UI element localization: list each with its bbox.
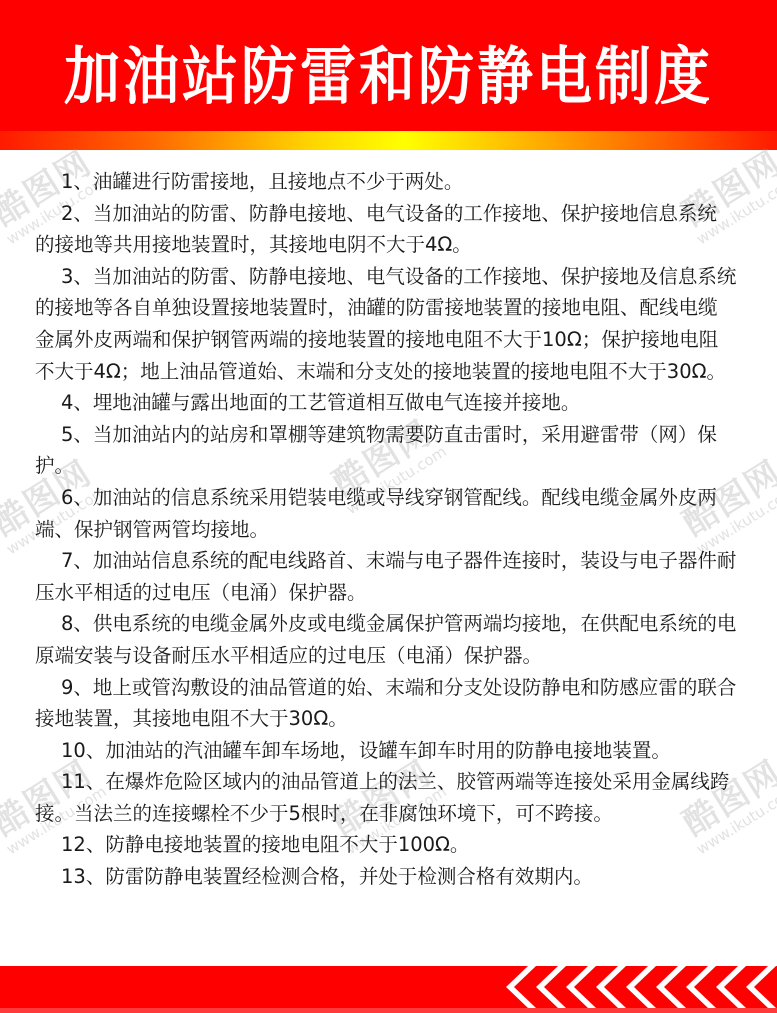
footer-edge bbox=[0, 1008, 777, 1013]
rule-10: 10、加油站的汽油罐车卸车场地，设罐车卸车时用的防静电接地装置。 bbox=[35, 735, 747, 767]
rule-12: 12、防静电接地装置的接地电阻不大于100Ω。 bbox=[35, 829, 747, 861]
rule-line: 13、防雷防静电装置经检测合格，并处于检测合格有效期内。 bbox=[35, 861, 747, 893]
rule-line: 4、埋地油罐与露出地面的工艺管道相互做电气连接并接地。 bbox=[35, 387, 747, 419]
rule-line: 端、保护钢管两管均接地。 bbox=[35, 514, 747, 546]
rule-line: 2、当加油站的防雷、防静电接地、电气设备的工作接地、保护接地信息系统 bbox=[35, 198, 747, 230]
rule-line: 1、油罐进行防雷接地，且接地点不少于两处。 bbox=[35, 166, 747, 198]
gradient-divider bbox=[0, 131, 777, 150]
rule-line: 7、加油站信息系统的配电线路首、末端与电子器件连接时，装设与电子器件耐 bbox=[35, 545, 747, 577]
rule-5: 5、当加油站内的站房和罩棚等建筑物需要防直击雷时，采用避雷带（网）保 护。 bbox=[35, 419, 747, 482]
rule-line: 11、在爆炸危险区域内的油品管道上的法兰、胶管两端等连接处采用金属线跨 bbox=[35, 766, 747, 798]
rule-line: 压水平相适的过电压（电涌）保护器。 bbox=[35, 577, 747, 609]
rule-line: 的接地等各自单独设置接地装置时，油罐的防雷接地装置的接地电阻、配线电缆 bbox=[35, 292, 747, 324]
rule-line: 接。当法兰的连接螺栓不少于5根时，在非腐蚀环境下，可不跨接。 bbox=[35, 798, 747, 830]
rule-4: 4、埋地油罐与露出地面的工艺管道相互做电气连接并接地。 bbox=[35, 387, 747, 419]
rule-line: 3、当加油站的防雷、防静电接地、电气设备的工作接地、保护接地及信息系统 bbox=[35, 261, 747, 293]
rule-2: 2、当加油站的防雷、防静电接地、电气设备的工作接地、保护接地信息系统 的接地等共… bbox=[35, 198, 747, 261]
rule-3: 3、当加油站的防雷、防静电接地、电气设备的工作接地、保护接地及信息系统 的接地等… bbox=[35, 261, 747, 387]
rule-11: 11、在爆炸危险区域内的油品管道上的法兰、胶管两端等连接处采用金属线跨 接。当法… bbox=[35, 766, 747, 829]
rule-7: 7、加油站信息系统的配电线路首、末端与电子器件连接时，装设与电子器件耐 压水平相… bbox=[35, 545, 747, 608]
rule-line: 10、加油站的汽油罐车卸车场地，设罐车卸车时用的防静电接地装置。 bbox=[35, 735, 747, 767]
rule-line: 接地装置，其接地电阻不大于30Ω。 bbox=[35, 703, 747, 735]
rule-line: 8、供电系统的电缆金属外皮或电缆金属保护管两端均接地，在供配电系统的电 bbox=[35, 608, 747, 640]
rule-1: 1、油罐进行防雷接地，且接地点不少于两处。 bbox=[35, 166, 747, 198]
rule-6: 6、加油站的信息系统采用铠装电缆或导线穿钢管配线。配线电缆金属外皮两 端、保护钢… bbox=[35, 482, 747, 545]
rule-line: 原端安装与设备耐压水平相适应的过电压（电涌）保护器。 bbox=[35, 640, 747, 672]
rule-line: 5、当加油站内的站房和罩棚等建筑物需要防直击雷时，采用避雷带（网）保 bbox=[35, 419, 747, 451]
rule-line: 12、防静电接地装置的接地电阻不大于100Ω。 bbox=[35, 829, 747, 861]
page-title: 加油站防雷和防静电制度 bbox=[0, 33, 777, 123]
rules-list: 1、油罐进行防雷接地，且接地点不少于两处。 2、当加油站的防雷、防静电接地、电气… bbox=[35, 166, 747, 893]
rule-line: 的接地等共用接地装置时，其接地电阴不大于4Ω。 bbox=[35, 229, 747, 261]
rule-line: 6、加油站的信息系统采用铠装电缆或导线穿钢管配线。配线电缆金属外皮两 bbox=[35, 482, 747, 514]
rule-9: 9、地上或管沟敷设的油品管道的始、末端和分支处设防静电和防感应雷的联合 接地装置… bbox=[35, 672, 747, 735]
rule-8: 8、供电系统的电缆金属外皮或电缆金属保护管两端均接地，在供配电系统的电 原端安装… bbox=[35, 608, 747, 671]
rule-line: 护。 bbox=[35, 450, 747, 482]
rule-line: 9、地上或管沟敷设的油品管道的始、末端和分支处设防静电和防感应雷的联合 bbox=[35, 672, 747, 704]
rule-13: 13、防雷防静电装置经检测合格，并处于检测合格有效期内。 bbox=[35, 861, 747, 893]
rule-line: 金属外皮两端和保护钢管两端的接地装置的接地电阻不大于10Ω；保护接地电阻 bbox=[35, 324, 747, 356]
chevron-left-icon bbox=[500, 966, 777, 1008]
header-banner: 加油站防雷和防静电制度 bbox=[0, 0, 777, 131]
rule-line: 不大于4Ω；地上油品管道始、末端和分支处的接地装置的接地电阻不大于30Ω。 bbox=[35, 356, 747, 388]
